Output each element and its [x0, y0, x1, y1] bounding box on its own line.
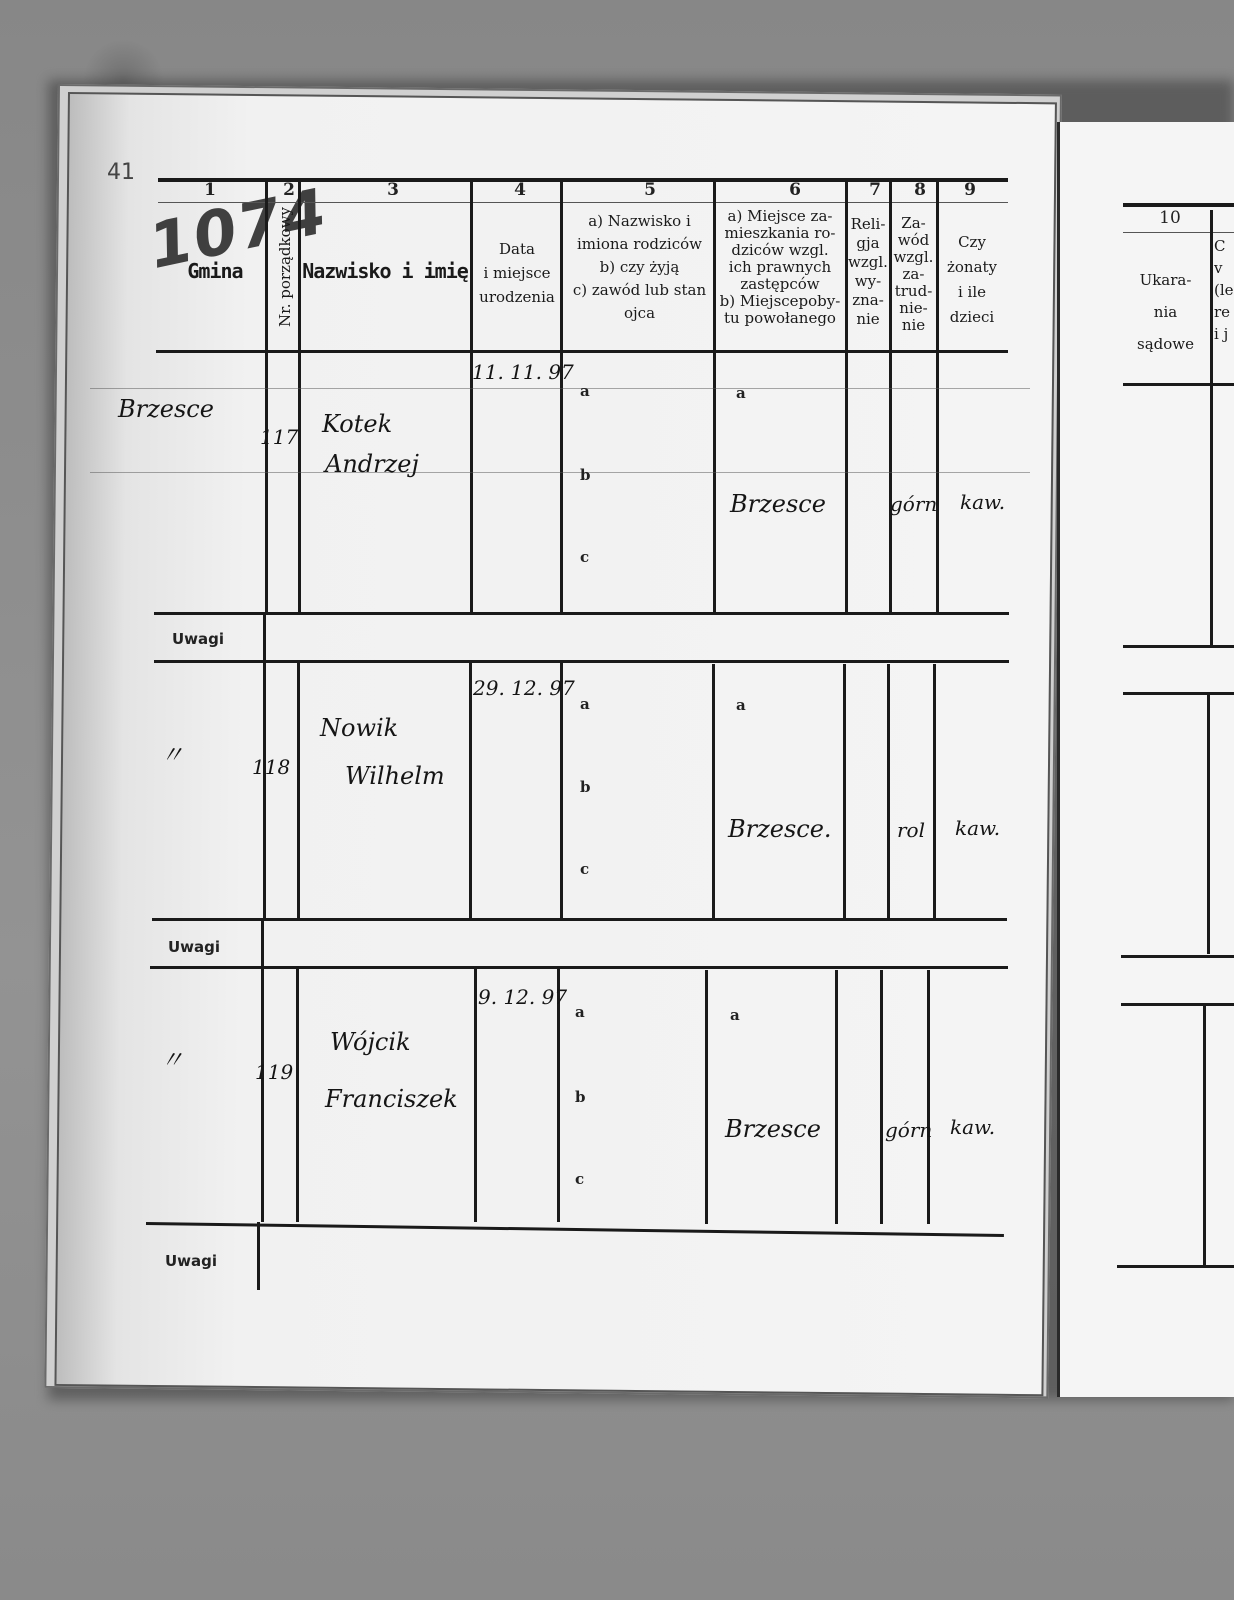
col-divider — [835, 970, 838, 1224]
entry-1-birth-date: 11. 11. 97 — [472, 360, 574, 384]
col-divider — [470, 182, 473, 612]
col-divider — [705, 970, 708, 1224]
entry-2-nr: 118 — [252, 755, 290, 779]
entry-2-res-a: a — [736, 696, 746, 714]
col-num-4: 4 — [505, 180, 535, 200]
remarks-top-rule — [152, 918, 1007, 921]
col-num-5: 5 — [635, 180, 665, 200]
entry-2-birth-date: 29. 12. 97 — [473, 676, 575, 700]
col-num-6: 6 — [780, 180, 810, 200]
col-header-11-partial: C v (le re i j — [1214, 235, 1234, 345]
entry-3-surname: Wójcik — [330, 1028, 411, 1056]
col-divider — [261, 966, 264, 1222]
remarks-bottom-rule — [150, 966, 1008, 969]
entry-2-gmina: 〃 — [160, 735, 184, 770]
entry-3-birth-date: 9. 12. 97 — [478, 985, 567, 1009]
entry-2-sub-b: b — [580, 778, 591, 796]
entry-1-res-a: a — [736, 384, 746, 402]
right-header-top-rule — [1123, 203, 1234, 207]
entry-3-sub-a: a — [575, 1003, 585, 1021]
entry-2-sub-c: c — [580, 860, 589, 878]
entry-1-occupation: górn — [890, 492, 937, 516]
col-divider — [263, 660, 266, 918]
col-num-3: 3 — [378, 180, 408, 200]
entry-1-marital: kaw. — [960, 490, 1005, 514]
ruling-line — [90, 472, 1030, 473]
col-header-birth: Data i miejsce urodzenia — [472, 240, 562, 307]
col-header-nr: Nr. porządkowy — [276, 207, 294, 327]
col-divider — [927, 970, 930, 1224]
col-divider — [296, 966, 299, 1222]
col-divider — [298, 182, 301, 612]
col-divider — [845, 182, 848, 614]
entry-3-marital: kaw. — [950, 1115, 995, 1139]
col-divider — [474, 966, 477, 1222]
right-remarks-rule — [1123, 645, 1234, 648]
header-number-rule — [158, 202, 1008, 203]
col-header-occupation: Za- wód wzgl. za- trud- nie- nie — [891, 215, 936, 334]
remarks-divider — [257, 1222, 260, 1290]
entry-2-occupation: rol — [897, 818, 925, 842]
right-header-bottom-rule — [1123, 383, 1234, 386]
remarks-label-2: Uwagi — [168, 938, 220, 956]
entry-1-gmina: Brzesce — [118, 395, 214, 423]
remarks-label-1: Uwagi — [172, 630, 224, 648]
entry-1-nr: 117 — [260, 425, 298, 449]
col-divider — [297, 660, 300, 918]
entry-3-residence-b: Brzesce — [725, 1115, 821, 1143]
entry-2-given-name: Wilhelm — [345, 762, 445, 790]
entry-3-given-name: Franciszek — [325, 1085, 458, 1113]
right-col-divider — [1203, 1003, 1206, 1265]
col-divider — [843, 664, 846, 920]
col-divider — [880, 970, 883, 1224]
page-number: 41 — [107, 160, 135, 185]
entry-2-surname: Nowik — [320, 714, 398, 742]
col-header-residence: a) Miejsce za- mieszkania ro- dziców wzg… — [714, 208, 846, 327]
right-header-number-rule — [1123, 232, 1234, 233]
col-divider — [889, 182, 892, 614]
col-divider — [936, 182, 939, 614]
ruling-line — [90, 388, 1030, 389]
col-num-1: 1 — [195, 180, 225, 200]
entry-3-sub-b: b — [575, 1088, 586, 1106]
col-num-9: 9 — [955, 180, 985, 200]
entry-3-sub-c: c — [575, 1170, 584, 1188]
entry-1-sub-b: b — [580, 466, 591, 484]
entry-3-gmina: 〃 — [160, 1040, 184, 1075]
col-divider — [469, 660, 472, 918]
col-divider — [712, 664, 715, 920]
right-remarks-rule — [1123, 692, 1234, 695]
remarks-bottom-rule — [154, 660, 1009, 663]
col-divider — [560, 182, 563, 612]
entry-2-marital: kaw. — [955, 816, 1000, 840]
entry-1-given-name: Andrzej — [325, 450, 419, 478]
col-num-10: 10 — [1150, 208, 1190, 228]
col-header-religion: Reli- gja wzgl. wy- zna- nie — [846, 215, 890, 329]
col-num-8: 8 — [905, 180, 935, 200]
entry-3-occupation: górn — [885, 1118, 932, 1142]
col-divider — [265, 182, 268, 612]
entry-3-nr: 119 — [255, 1060, 293, 1084]
col-header-court-penalties: Ukara- nia sądowe — [1123, 264, 1208, 360]
col-header-name: Nazwisko i imię — [300, 262, 470, 281]
col-header-parents: a) Nazwisko i imiona rodziców b) czy żyj… — [562, 210, 717, 325]
col-divider — [933, 664, 936, 920]
col-header-married: Czy żonaty i ile dzieci — [938, 230, 1006, 330]
entry-1-sub-a: a — [580, 382, 590, 400]
col-num-7: 7 — [860, 180, 890, 200]
right-col-divider — [1207, 692, 1210, 954]
right-remarks-rule — [1117, 1265, 1234, 1268]
remarks-label-3: Uwagi — [165, 1252, 217, 1270]
remarks-top-rule — [154, 612, 1009, 615]
remarks-divider — [263, 612, 266, 662]
remarks-divider — [261, 918, 264, 966]
entry-1-surname: Kotek — [322, 410, 392, 438]
right-remarks-rule — [1121, 955, 1234, 958]
entry-1-residence-b: Brzesce — [730, 490, 826, 518]
header-bottom-rule — [156, 350, 1008, 353]
right-col-divider — [1210, 210, 1213, 645]
col-divider — [713, 182, 716, 614]
col-divider — [887, 664, 890, 920]
right-remarks-rule — [1121, 1003, 1234, 1006]
entry-1-sub-c: c — [580, 548, 589, 566]
entry-3-res-a: a — [730, 1006, 740, 1024]
entry-2-residence-b: Brzesce. — [728, 815, 832, 843]
col-header-gmina: Gmina — [170, 262, 260, 281]
entry-2-sub-a: a — [580, 695, 590, 713]
